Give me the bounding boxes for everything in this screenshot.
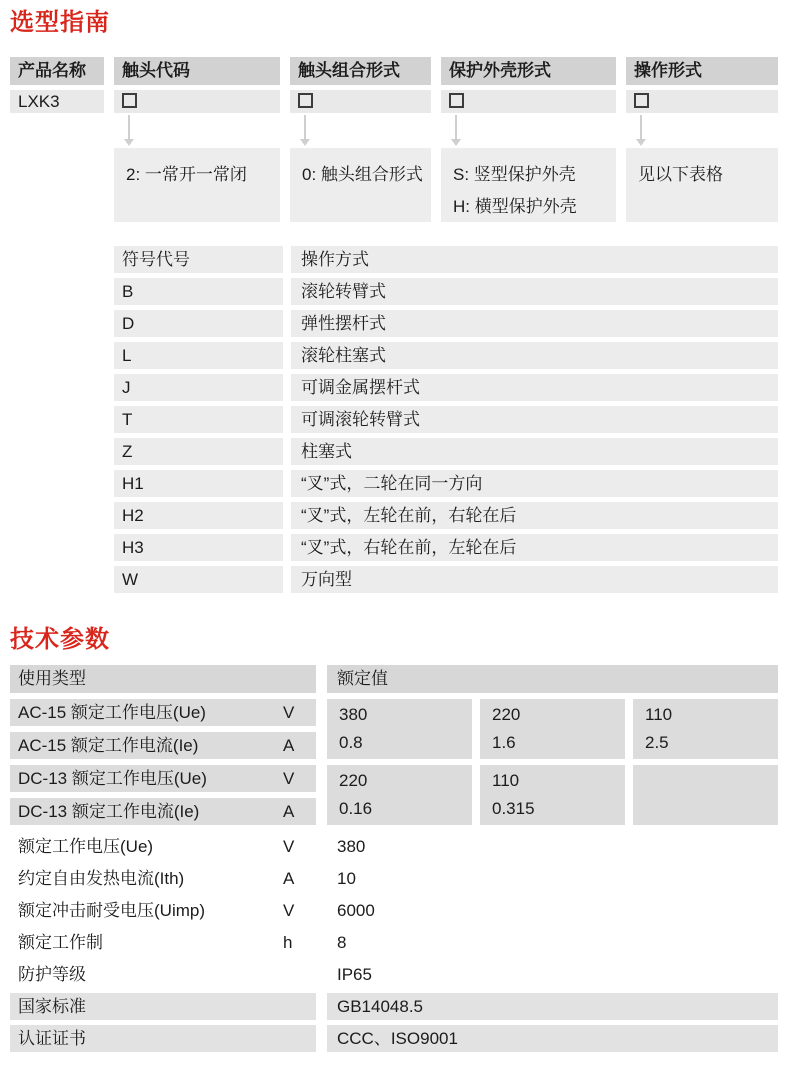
header-shell-type: 保护外壳形式: [441, 57, 616, 85]
symbol-label: 可调金属摆杆式: [291, 374, 778, 401]
product-model-cell: LXK3: [10, 90, 104, 113]
row-unit: h: [283, 929, 316, 956]
symbol-row-Z: Z 柱塞式: [114, 438, 778, 465]
symbol-row-W: W 万向型: [114, 566, 778, 593]
shell-type-desc: S: 竖型保护外壳 H: 横型保护外壳: [441, 148, 616, 222]
header-product-name: 产品名称: [10, 57, 104, 85]
row-label: AC-15 额定工作电压(Ue): [18, 699, 283, 726]
row-label: DC-13 额定工作电压(Ue): [18, 765, 283, 792]
row-label: 国家标准: [10, 993, 316, 1020]
row-label: 额定工作制: [18, 929, 283, 956]
symbol-label: “叉”式，左轮在前，右轮在后: [291, 502, 778, 529]
usage-type-header: 使用类型: [10, 665, 316, 693]
current-value: 0.16: [339, 795, 472, 823]
value-cell: 220 1.6: [480, 699, 625, 759]
down-arrow-icon: [295, 113, 315, 146]
symbol-code: H3: [114, 534, 283, 561]
operation-type-desc: 见以下表格: [626, 148, 778, 222]
down-arrow-icon: [119, 113, 139, 146]
row-rated-voltage: 额定工作电压(Ue) V 380: [10, 833, 778, 860]
row-unit: A: [283, 798, 316, 825]
voltage-value: 110: [492, 767, 625, 795]
row-unit: A: [283, 865, 316, 892]
operation-type-cell: [626, 90, 778, 113]
value-cell: 110 2.5: [633, 699, 778, 759]
row-value: 380: [327, 833, 365, 860]
rated-value-header: 额定值: [327, 665, 778, 693]
symbol-row-H1: H1 “叉”式，二轮在同一方向: [114, 470, 778, 497]
symbol-label: 滚轮转臂式: [291, 278, 778, 305]
checkbox-placeholder-icon: [122, 93, 137, 108]
current-value: 0.315: [492, 795, 625, 823]
row-value: 10: [327, 865, 356, 892]
symbol-code: T: [114, 406, 283, 433]
selection-arrow-row: [10, 113, 778, 148]
operation-mode-header: 操作方式: [291, 246, 778, 273]
voltage-value: 110: [645, 701, 778, 729]
symbol-label: 可调滚轮转臂式: [291, 406, 778, 433]
row-protection-rating: 防护等级 IP65: [10, 961, 778, 988]
value-cell: 380 0.8: [327, 699, 472, 759]
symbol-row-J: J 可调金属摆杆式: [114, 374, 778, 401]
row-unit: V: [283, 765, 316, 792]
symbol-label: 万向型: [291, 566, 778, 593]
shell-desc-line2: H: 横型保护外壳: [453, 191, 610, 223]
header-contact-code: 触头代码: [114, 57, 280, 85]
current-value: 2.5: [645, 729, 778, 757]
symbol-code: H1: [114, 470, 283, 497]
checkbox-placeholder-icon: [634, 93, 649, 108]
symbol-code: D: [114, 310, 283, 337]
row-certification: 认证证书 CCC、ISO9001: [10, 1025, 778, 1052]
row-value: CCC、ISO9001: [327, 1025, 778, 1052]
symbol-label: 滚轮柱塞式: [291, 342, 778, 369]
current-value: 0.8: [339, 729, 472, 757]
shell-desc-line1: S: 竖型保护外壳: [453, 159, 610, 191]
value-cell: 220 0.16: [327, 765, 472, 825]
current-value: 1.6: [492, 729, 625, 757]
selection-table: 产品名称 触头代码 触头组合形式 保护外壳形式 操作形式 LXK3 2: 一常开…: [10, 57, 778, 222]
row-ac15-ue: AC-15 额定工作电压(Ue) V: [10, 699, 316, 726]
voltage-value: 220: [339, 767, 472, 795]
selection-header-row: 产品名称 触头代码 触头组合形式 保护外壳形式 操作形式: [10, 57, 778, 85]
symbol-code: J: [114, 374, 283, 401]
symbol-label: “叉”式，右轮在前，左轮在后: [291, 534, 778, 561]
symbol-row-D: D 弹性摆杆式: [114, 310, 778, 337]
voltage-value: 220: [492, 701, 625, 729]
symbol-code: H2: [114, 502, 283, 529]
row-unit: V: [283, 699, 316, 726]
row-dc13-ue: DC-13 额定工作电压(Ue) V: [10, 765, 316, 792]
symbol-row-T: T 可调滚轮转臂式: [114, 406, 778, 433]
down-arrow-icon: [446, 113, 466, 146]
checkbox-placeholder-icon: [449, 93, 464, 108]
row-label: DC-13 额定工作电流(Ie): [18, 798, 283, 825]
header-contact-combo: 触头组合形式: [290, 57, 431, 85]
usage-ratings-block: AC-15 额定工作电压(Ue) V AC-15 额定工作电流(Ie) A DC…: [10, 699, 778, 831]
selection-code-row: LXK3: [10, 90, 778, 113]
symbol-row-B: B 滚轮转臂式: [114, 278, 778, 305]
row-value: 8: [327, 929, 346, 956]
row-value: 6000: [327, 897, 375, 924]
tech-table: 使用类型 额定值 AC-15 额定工作电压(Ue) V AC-15 额定工作电流…: [10, 665, 778, 1052]
general-ratings-block: 额定工作电压(Ue) V 380 约定自由发热电流(Ith) A 10 额定冲击…: [10, 833, 778, 956]
symbol-table: 符号代号 操作方式 B 滚轮转臂式 D 弹性摆杆式 L 滚轮柱塞式 J 可调金属…: [114, 246, 778, 593]
row-thermal-current: 约定自由发热电流(Ith) A 10: [10, 865, 778, 892]
tech-header-row: 使用类型 额定值: [10, 665, 778, 693]
symbol-header-row: 符号代号 操作方式: [114, 246, 778, 273]
symbol-row-H3: H3 “叉”式，右轮在前，左轮在后: [114, 534, 778, 561]
symbol-row-H2: H2 “叉”式，左轮在前，右轮在后: [114, 502, 778, 529]
ac15-values-row: 380 0.8 220 1.6 110 2.5: [327, 699, 778, 759]
row-duty-cycle: 额定工作制 h 8: [10, 929, 778, 956]
contact-code-cell: [114, 90, 280, 113]
row-unit: V: [283, 833, 316, 860]
selection-desc-row: 2: 一常开一常闭 0: 触头组合形式 S: 竖型保护外壳 H: 横型保护外壳 …: [10, 148, 778, 222]
spec-page: 选型指南 产品名称 触头代码 触头组合形式 保护外壳形式 操作形式 LXK3 2…: [0, 0, 790, 1052]
contact-combo-cell: [290, 90, 431, 113]
row-label: 额定冲击耐受电压(Uimp): [18, 897, 283, 924]
dc13-values-row: 220 0.16 110 0.315: [327, 765, 778, 825]
row-label: 约定自由发热电流(Ith): [18, 865, 283, 892]
tech-params-title: 技术参数: [10, 625, 778, 655]
symbol-row-L: L 滚轮柱塞式: [114, 342, 778, 369]
symbol-code: Z: [114, 438, 283, 465]
selection-guide-title: 选型指南: [10, 8, 778, 38]
row-dc13-ie: DC-13 额定工作电流(Ie) A: [10, 798, 316, 825]
voltage-value: 380: [339, 701, 472, 729]
contact-combo-desc: 0: 触头组合形式: [290, 148, 431, 222]
header-operation-type: 操作形式: [626, 57, 778, 85]
checkbox-placeholder-icon: [298, 93, 313, 108]
row-value: IP65: [327, 961, 778, 988]
row-ac15-ie: AC-15 额定工作电流(Ie) A: [10, 732, 316, 759]
symbol-label: 弹性摆杆式: [291, 310, 778, 337]
down-arrow-icon: [631, 113, 651, 146]
row-unit: A: [283, 732, 316, 759]
row-impulse-voltage: 额定冲击耐受电压(Uimp) V 6000: [10, 897, 778, 924]
value-cell: 110 0.315: [480, 765, 625, 825]
symbol-label: “叉”式，二轮在同一方向: [291, 470, 778, 497]
symbol-code-header: 符号代号: [114, 246, 283, 273]
row-label: AC-15 额定工作电流(Ie): [18, 732, 283, 759]
row-label: 防护等级: [10, 961, 316, 988]
row-label: 额定工作电压(Ue): [18, 833, 283, 860]
row-value: GB14048.5: [327, 993, 778, 1020]
symbol-code: B: [114, 278, 283, 305]
value-cell-empty: [633, 765, 778, 825]
symbol-label: 柱塞式: [291, 438, 778, 465]
row-national-standard: 国家标准 GB14048.5: [10, 993, 778, 1020]
contact-code-desc: 2: 一常开一常闭: [114, 148, 280, 222]
shell-type-cell: [441, 90, 616, 113]
row-unit: V: [283, 897, 316, 924]
symbol-code: L: [114, 342, 283, 369]
symbol-code: W: [114, 566, 283, 593]
row-label: 认证证书: [10, 1025, 316, 1052]
